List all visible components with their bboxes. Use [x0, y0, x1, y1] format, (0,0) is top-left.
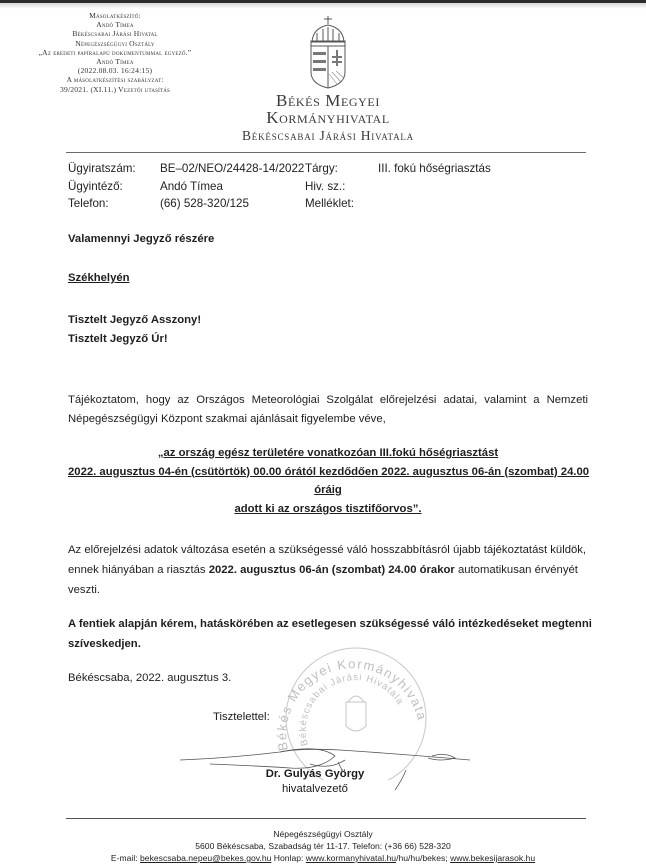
signer-name: Dr. Gulyás György: [240, 767, 390, 782]
stamp-line: Másolatkészítő:: [0, 11, 230, 20]
administrator-value: Andó Tímea: [160, 178, 304, 196]
footer-divider: [66, 818, 586, 819]
intro-line-2: Népegészségügyi Központ szakmai ajánlása…: [68, 410, 588, 429]
intro-line-1: Tájékoztatom, hogy az Országos Meteoroló…: [68, 391, 588, 410]
org-line-1: Békés Megyei: [230, 92, 426, 109]
para2-text: automatikusan érvényét: [455, 564, 578, 576]
expiry-datetime: 2022. augusztus 06-án (szombat) 24.00 ór…: [209, 564, 455, 576]
meta-labels-left: Ügyiratszám: Ügyintéző: Telefon:: [68, 160, 136, 213]
header-divider: [66, 152, 586, 153]
stamp-line: Andó Tímea: [0, 20, 230, 29]
meta-values-right: III. fokú hőségriasztás: [378, 160, 491, 178]
stamp-line: Békéscsabai Járási Hivatal: [0, 29, 230, 38]
notice-line: „az ország egész területére vonatkozóan …: [68, 444, 588, 463]
stamp-line: Andó Tímea: [0, 57, 230, 66]
meta-values-left: BE–02/NEO/24428-14/2022 Andó Tímea (66) …: [160, 160, 304, 213]
notice-line: 2022. augusztus 04-én (csütörtök) 00.00 …: [68, 463, 588, 482]
meta-labels-right: Tárgy: Hiv. sz.: Melléklet:: [305, 160, 354, 213]
para2-line-3: veszti.: [68, 580, 588, 600]
signer-block: Dr. Gulyás György hivatalvezető: [240, 767, 390, 797]
para2-line-2: ennek hiányában a riasztás 2022. auguszt…: [68, 560, 588, 580]
salutation-1: Tisztelt Jegyző Asszony!: [68, 314, 201, 326]
footer-address: 5600 Békéscsaba, Szabadság tér 11-17. Te…: [0, 840, 646, 852]
footer-contacts: E-mail: bekescsaba.nepeu@bekes.gov.hu Ho…: [0, 852, 646, 864]
footer: Népegészségügyi Osztály 5600 Békéscsaba,…: [0, 828, 646, 864]
stamp-line: 39/2021. (XI.11.) Vezetői utasítás: [0, 85, 230, 94]
stamp-line: „Az eredeti papíralapú dokumentummal egy…: [0, 48, 230, 57]
website-link-1[interactable]: www.kormanyhivatal.hu: [306, 853, 396, 863]
notice-line: adott ki az országos tisztifőorvos”.: [68, 500, 588, 519]
extension-paragraph: Az előrejelzési adatok változása esetén …: [68, 540, 588, 600]
stamp-line: (2022.08.03. 16:24:15): [0, 66, 230, 75]
stamp-line: A másolatkészítési szabályzat:: [0, 75, 230, 84]
organization-name: Békés Megyei Kormányhivatal Békéscsabai …: [230, 92, 426, 144]
subject-label: Tárgy:: [305, 160, 354, 178]
footer-department: Népegészségügyi Osztály: [0, 828, 646, 840]
website-link-2[interactable]: www.bekesijarasok.hu: [450, 853, 535, 863]
case-number-value: BE–02/NEO/24428-14/2022: [160, 160, 304, 178]
org-line-3: Békéscsabai Járási Hivatala: [230, 127, 426, 144]
attachment-label: Melléklet:: [305, 195, 354, 213]
signer-title: hivatalvezető: [240, 782, 390, 797]
email-label: E-mail:: [111, 853, 140, 863]
top-shadow: [0, 3, 646, 9]
email-link[interactable]: bekescsaba.nepeu@bekes.gov.hu: [140, 853, 271, 863]
place-and-date: Békéscsaba, 2022. augusztus 3.: [68, 672, 231, 684]
reference-label: Hiv. sz.:: [305, 178, 354, 196]
web-label: Honlap:: [271, 853, 305, 863]
addressee: Valamennyi Jegyző részére: [68, 233, 214, 245]
copy-certification-stamp: Másolatkészítő: Andó Tímea Békéscsabai J…: [0, 11, 230, 94]
website-path: /hu/hu/bekes;: [396, 853, 450, 863]
salutation-2: Tisztelt Jegyző Úr!: [68, 333, 168, 345]
notice-line: óráig: [68, 481, 588, 500]
phone-label: Telefon:: [68, 195, 136, 213]
case-number-label: Ügyiratszám:: [68, 160, 136, 178]
intro-paragraph: Tájékoztatom, hogy az Országos Meteoroló…: [68, 391, 588, 429]
heat-alert-notice: „az ország egész területére vonatkozóan …: [68, 444, 588, 518]
seat-line: Székhelyén: [68, 272, 130, 284]
org-line-2: Kormányhivatal: [230, 109, 426, 126]
administrator-label: Ügyintéző:: [68, 178, 136, 196]
para2-line-1: Az előrejelzési adatok változása esetén …: [68, 540, 588, 560]
para2-text: ennek hiányában a riasztás: [68, 564, 209, 576]
subject-value: III. fokú hőségriasztás: [378, 160, 491, 178]
hungarian-coat-of-arms-icon: [303, 14, 353, 90]
regards: Tisztelettel:: [213, 711, 270, 723]
phone-value: (66) 528-320/125: [160, 195, 304, 213]
stamp-line: Népegészségügyi Osztály: [0, 39, 230, 48]
para3-line-1: A fentiek alapján kérem, hatáskörében az…: [68, 614, 593, 634]
